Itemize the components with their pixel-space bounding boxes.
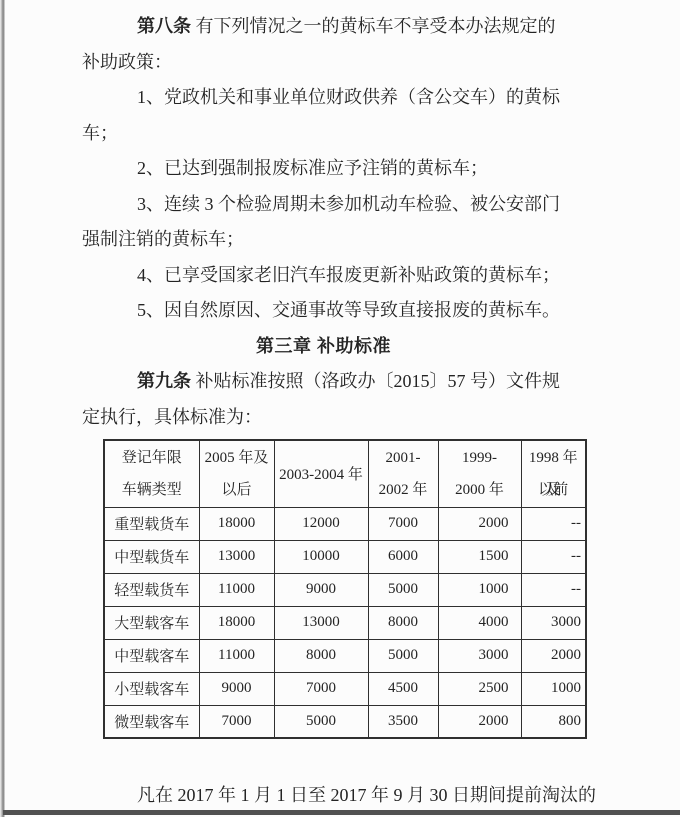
subsidy-value-cell: 4500 <box>368 672 438 705</box>
subsidy-value-cell: 3500 <box>368 705 438 738</box>
line-text: 4、已享受国家老旧汽车报废更新补贴政策的黄标车； <box>137 265 560 285</box>
line-text: 凡在 2017 年 1 月 1 日至 2017 年 9 月 30 日期间提前淘汰… <box>137 785 596 805</box>
line-text: 车； <box>82 123 118 143</box>
subsidy-value-cell: 1000 <box>438 573 521 606</box>
subsidy-value-cell: 5000 <box>274 705 368 738</box>
subsidy-value-cell: 10000 <box>274 540 368 573</box>
subsidy-value-cell: -- <box>521 540 586 573</box>
line-text: 1、党政机关和事业单位财政供养（含公交车）的黄标 <box>137 87 560 107</box>
subsidy-value-cell: 7000 <box>199 705 274 738</box>
document-line: 5、因自然原因、交通事故等导致直接报废的黄标车。 <box>82 293 565 329</box>
table-header-cell: 2001-2002 年 <box>368 440 438 507</box>
subsidy-value-cell: 7000 <box>274 672 368 705</box>
document-line: 4、已享受国家老旧汽车报废更新补贴政策的黄标车； <box>82 258 565 294</box>
subsidy-value-cell: 800 <box>521 705 586 738</box>
table-row: 小型载客车90007000450025001000 <box>104 672 586 705</box>
header-line: 2003-2004 年 <box>275 463 368 484</box>
subsidy-table: 登记年限车辆类型2005 年及以后2003-2004 年2001-2002 年1… <box>103 439 587 739</box>
subsidy-value-cell: 4000 <box>438 606 521 639</box>
subsidy-value-cell: 8000 <box>274 639 368 672</box>
line-text: 3、连续 3 个检验周期未参加机动车检验、被公安部门 <box>137 194 560 214</box>
subsidy-value-cell: -- <box>521 573 586 606</box>
document-line: 3、连续 3 个检验周期未参加机动车检验、被公安部门 <box>82 187 565 223</box>
vehicle-type-cell: 轻型载货车 <box>104 573 199 606</box>
subsidy-value-cell: 2000 <box>521 639 586 672</box>
subsidy-value-cell: 7000 <box>368 507 438 540</box>
vehicle-type-cell: 小型载客车 <box>104 672 199 705</box>
vehicle-type-cell: 重型载货车 <box>104 507 199 540</box>
table-row: 中型载货车130001000060001500-- <box>104 540 586 573</box>
subsidy-value-cell: 12000 <box>274 507 368 540</box>
document-line: 车； <box>82 116 565 152</box>
header-line: 以后 <box>200 474 274 506</box>
subsidy-value-cell: 3000 <box>521 606 586 639</box>
document-line: 强制注销的黄标车； <box>82 222 565 258</box>
header-line: 2001- <box>369 442 438 474</box>
document-line: 2、已达到强制报废标准应予注销的黄标车； <box>82 151 565 187</box>
subsidy-value-cell: 5000 <box>368 573 438 606</box>
vehicle-type-cell: 中型载货车 <box>104 540 199 573</box>
table-row: 微型载客车7000500035002000800 <box>104 705 586 738</box>
subsidy-value-cell: 9000 <box>199 672 274 705</box>
table-header-cell: 1998 年及以前 <box>521 440 586 507</box>
subsidy-value-cell: 6000 <box>368 540 438 573</box>
subsidy-value-cell: 18000 <box>199 507 274 540</box>
page-left-edge <box>0 0 5 817</box>
header-line: 2000 年 <box>439 474 521 506</box>
line-text: 补助政策： <box>82 52 172 72</box>
header-line: 1999- <box>439 442 521 474</box>
subsidy-value-cell: 5000 <box>368 639 438 672</box>
document-page: 第八条 有下列情况之一的黄标车不享受本办法规定的补助政策：1、党政机关和事业单位… <box>0 0 680 817</box>
table-row: 中型载客车110008000500030002000 <box>104 639 586 672</box>
table-row: 重型载货车180001200070002000-- <box>104 507 586 540</box>
header-line: 以前 <box>522 474 586 506</box>
line-text: 第三章 补助标准 <box>256 336 391 356</box>
table-row: 大型载客车1800013000800040003000 <box>104 606 586 639</box>
vehicle-type-cell: 中型载客车 <box>104 639 199 672</box>
header-line: 2002 年 <box>369 474 438 506</box>
subsidy-value-cell: -- <box>521 507 586 540</box>
subsidy-value-cell: 2500 <box>438 672 521 705</box>
subsidy-value-cell: 1500 <box>438 540 521 573</box>
line-text: 有下列情况之一的黄标车不享受本办法规定的 <box>191 16 556 36</box>
subsidy-value-cell: 2000 <box>438 705 521 738</box>
table-header-row: 登记年限车辆类型2005 年及以后2003-2004 年2001-2002 年1… <box>104 440 586 507</box>
subsidy-value-cell: 13000 <box>199 540 274 573</box>
subsidy-value-cell: 8000 <box>368 606 438 639</box>
subsidy-value-cell: 11000 <box>199 573 274 606</box>
subsidy-value-cell: 13000 <box>274 606 368 639</box>
corner-header-line: 车辆类型 <box>105 474 199 506</box>
subsidy-value-cell: 3000 <box>438 639 521 672</box>
header-line: 2005 年及 <box>200 442 274 474</box>
table-header: 登记年限车辆类型2005 年及以后2003-2004 年2001-2002 年1… <box>104 440 586 507</box>
article-label: 第八条 <box>137 16 191 36</box>
line-text: 补贴标准按照（洛政办〔2015〕57 号）文件规 <box>191 371 560 391</box>
closing-line: 凡在 2017 年 1 月 1 日至 2017 年 9 月 30 日期间提前淘汰… <box>82 778 620 814</box>
document-line: 定执行，具体标准为： <box>82 400 565 436</box>
line-text: 5、因自然原因、交通事故等导致直接报废的黄标车。 <box>137 300 560 320</box>
table-header-cell: 2003-2004 年 <box>274 440 368 507</box>
subsidy-value-cell: 1000 <box>521 672 586 705</box>
header-line: 1998 年及 <box>522 442 586 474</box>
page-bottom-edge <box>3 810 680 815</box>
document-line: 补助政策： <box>82 45 565 81</box>
document-line: 第九条 补贴标准按照（洛政办〔2015〕57 号）文件规 <box>82 364 565 400</box>
subsidy-value-cell: 9000 <box>274 573 368 606</box>
line-text: 定执行，具体标准为： <box>82 407 262 427</box>
table-row: 轻型载货车11000900050001000-- <box>104 573 586 606</box>
article-label: 第九条 <box>137 371 191 391</box>
document-line: 第八条 有下列情况之一的黄标车不享受本办法规定的 <box>82 9 565 45</box>
vehicle-type-cell: 微型载客车 <box>104 705 199 738</box>
subsidy-value-cell: 11000 <box>199 639 274 672</box>
table-body: 重型载货车180001200070002000--中型载货车1300010000… <box>104 507 586 738</box>
document-line: 1、党政机关和事业单位财政供养（含公交车）的黄标 <box>82 80 565 116</box>
table-header-cell: 1999-2000 年 <box>438 440 521 507</box>
subsidy-value-cell: 2000 <box>438 507 521 540</box>
vehicle-type-cell: 大型载客车 <box>104 606 199 639</box>
document-text: 第八条 有下列情况之一的黄标车不享受本办法规定的补助政策：1、党政机关和事业单位… <box>82 9 565 435</box>
table-corner-cell: 登记年限车辆类型 <box>104 440 199 507</box>
line-text: 强制注销的黄标车； <box>82 229 244 249</box>
chapter-heading: 第三章 补助标准 <box>82 329 565 365</box>
line-text: 2、已达到强制报废标准应予注销的黄标车； <box>137 158 488 178</box>
corner-header-line: 登记年限 <box>105 442 199 474</box>
subsidy-value-cell: 18000 <box>199 606 274 639</box>
table-header-cell: 2005 年及以后 <box>199 440 274 507</box>
